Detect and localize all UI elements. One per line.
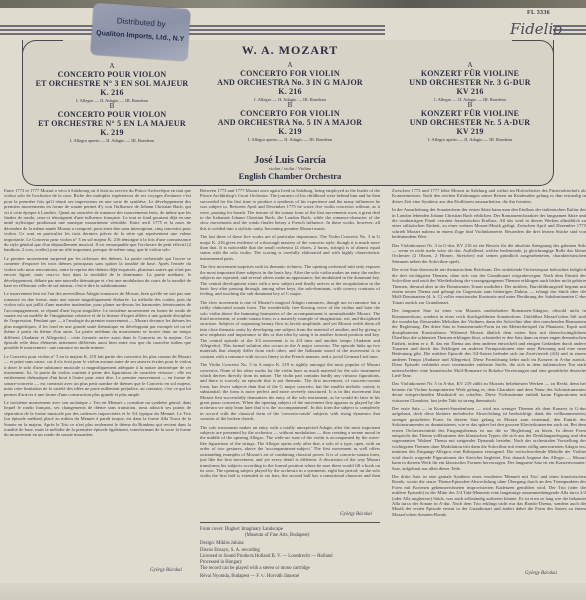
notes-paragraph: Der erste Satz — in Konzert-Sonatenform … bbox=[392, 406, 586, 471]
work-title-line-2: ET ORCHESTRE N° 3 EN SOL MAJEUR bbox=[22, 79, 202, 88]
work-catalog: K. 219 bbox=[22, 128, 202, 137]
work-title-line-1: CONCERTO FOR VIOLIN bbox=[195, 109, 385, 118]
work-title-line-2: AND ORCHESTRA No. 5 IN A MAJOR bbox=[195, 118, 385, 127]
notes-paragraph: Der langsame Satz ist einer von Mozarts … bbox=[392, 308, 586, 378]
work-movements: I. Allegro aperto — II. Adagio — III. Ro… bbox=[390, 136, 550, 143]
composer-name: W. A. MOZART bbox=[190, 43, 390, 58]
signature-french: György Bácskai bbox=[150, 568, 182, 573]
notes-paragraph: Le mouvement lent est l'un des merveille… bbox=[4, 291, 191, 350]
credit-front-cover-source: (Museum of Fine Arts, Budapest) bbox=[200, 533, 380, 539]
works-german-side-b: B KONZERT FÜR VIOLINE UND ORCHESTER Nr. … bbox=[390, 101, 550, 143]
soloist-name: José Luis García bbox=[190, 155, 390, 166]
notes-french: Entre 1773 et 1777 Mozart a vécu à Salzb… bbox=[4, 188, 191, 583]
work-movements: I. Allegro aperto — II. Adagio — III. Ro… bbox=[195, 136, 385, 143]
works-english-side-a: A CONCERTO FOR VIOLIN AND ORCHESTRA No. … bbox=[195, 61, 385, 103]
work-title-line-1: KONZERT FÜR VIOLINE bbox=[390, 69, 550, 78]
credit-front-cover: Front cover: Dughet: Imaginary Landscape bbox=[200, 527, 380, 533]
catalog-number: FL 3336 bbox=[527, 10, 550, 16]
credits-divider bbox=[200, 522, 380, 523]
work-catalog: KV 219 bbox=[390, 127, 550, 136]
credit-processed: Processed in Hungary bbox=[200, 560, 380, 566]
notes-paragraph: Zwischen 1773 und 1777 lebte Mozart in S… bbox=[392, 188, 586, 204]
credits-block: Front cover: Dughet: Imaginary Landscape… bbox=[200, 527, 380, 581]
side-letter: A bbox=[390, 61, 550, 69]
work-catalog: K. 219 bbox=[195, 127, 385, 136]
credit-license: Licensed to Sound Products Holland B. V.… bbox=[200, 554, 380, 560]
distributor-sticker: Distributed by Qualiton Imports, Ltd., N… bbox=[90, 3, 190, 62]
side-letter: A bbox=[195, 61, 385, 69]
notes-german: Zwischen 1773 und 1777 lebte Mozart in S… bbox=[392, 188, 586, 568]
work-movements: I. Allegro aperto — II. Adagio — III. Ro… bbox=[22, 137, 202, 144]
works-english-side-b: B CONCERTO FOR VIOLIN AND ORCHESTRA No. … bbox=[195, 101, 385, 143]
work-title-line-1: KONZERT FÜR VIOLINE bbox=[390, 109, 550, 118]
decorative-stripes-left bbox=[0, 25, 385, 37]
notes-paragraph: Le premier mouvement surprend par les ri… bbox=[4, 256, 191, 288]
notes-paragraph: Le Concerto pour violon n° 5 en la majeu… bbox=[4, 354, 191, 397]
credit-printer: Révai Nyomda, Budapest — F. v.: Horváth … bbox=[200, 574, 380, 580]
side-letter: A bbox=[22, 62, 202, 70]
notes-paragraph: Das Violinkonzert Nr. 3 in G-dur, KV 216… bbox=[392, 243, 586, 265]
notes-paragraph: The last three of these five works are o… bbox=[200, 234, 380, 261]
signature-german: György Bácskai bbox=[525, 571, 557, 576]
notes-paragraph: Le troisième mouvement avec son archaïqu… bbox=[4, 400, 191, 438]
notes-paragraph: The slow movement is one of Mozart's mag… bbox=[200, 300, 380, 359]
frame-corner-top-left bbox=[22, 40, 63, 61]
fidelio-logo: Fidelio bbox=[510, 20, 562, 38]
work-title-line-2: AND ORCHESTRA No. 3 IN G MAJOR bbox=[195, 78, 385, 87]
works-french-side-a: A CONCERTO POUR VIOLON ET ORCHESTRE N° 3… bbox=[22, 62, 202, 104]
side-letter: B bbox=[195, 101, 385, 109]
notes-paragraph: Der erste Satz überrascht mit thematisch… bbox=[392, 267, 586, 305]
credit-playback: The record can be played with a stereo o… bbox=[200, 566, 380, 572]
side-letter: B bbox=[22, 102, 202, 110]
notes-paragraph: The solo instrument makes an entry with … bbox=[200, 425, 380, 480]
bottom-edge-scan bbox=[0, 583, 586, 600]
work-title-line-2: UND ORCHESTER Nr. 3 G-DUR bbox=[390, 78, 550, 87]
works-german-side-a: A KONZERT FÜR VIOLINE UND ORCHESTER Nr. … bbox=[390, 61, 550, 103]
work-title-line-1: CONCERTO FOR VIOLIN bbox=[195, 69, 385, 78]
frame-corner-top-right bbox=[512, 40, 554, 61]
work-title-line-1: CONCERTO POUR VIOLON bbox=[22, 110, 202, 119]
work-title-line-2: UND ORCHESTER Nr. 5 A-DUR bbox=[390, 118, 550, 127]
notes-paragraph: The Violin Concerto No. 5 in A major K. … bbox=[200, 362, 380, 421]
notes-paragraph: Between 1773 and 1777 Mozart once again … bbox=[200, 188, 380, 231]
work-title-line-1: CONCERTO POUR VIOLON bbox=[22, 70, 202, 79]
notes-paragraph: Das Violinkonzert Nr. 5 in A-dur, KV 219… bbox=[392, 381, 586, 403]
notes-english: Between 1773 and 1777 Mozart once again … bbox=[200, 188, 380, 480]
works-french-side-b: B CONCERTO POUR VIOLON ET ORCHESTRE N° 5… bbox=[22, 102, 202, 144]
notes-paragraph: The first movement surprises with its th… bbox=[200, 264, 380, 296]
orchestra-name: English Chamber Orchestra bbox=[190, 171, 390, 181]
signature-english: György Bácskai bbox=[340, 512, 372, 517]
notes-paragraph: Der dritte Satz ist eine geniale Synthes… bbox=[392, 474, 586, 517]
work-title-line-2: ET ORCHESTRE N° 5 EN LA MAJEUR bbox=[22, 119, 202, 128]
notes-paragraph: Entre 1773 et 1777 Mozart a vécu à Salzb… bbox=[4, 188, 191, 253]
work-catalog: K. 216 bbox=[22, 88, 202, 97]
work-catalog: K. 216 bbox=[195, 87, 385, 96]
credit-recording: Discos Ensayo, S. A. recording bbox=[200, 548, 380, 554]
credit-design: Design: Miklós Juhász bbox=[200, 541, 380, 547]
side-letter: B bbox=[390, 101, 550, 109]
work-catalog: KV 216 bbox=[390, 87, 550, 96]
notes-paragraph: In der Ausarbeitung der Sonatenform der … bbox=[392, 207, 586, 239]
